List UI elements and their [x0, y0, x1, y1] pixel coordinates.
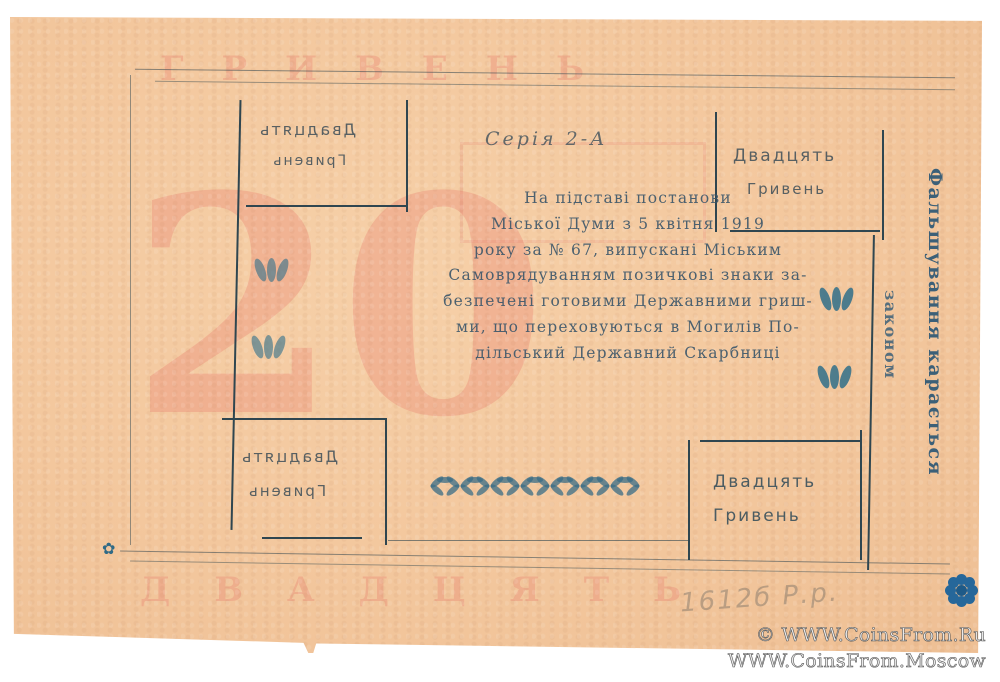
body-line: Самоврядуванням позичкові знаки за-: [418, 263, 838, 289]
wheat-ornament-icon: [818, 365, 851, 394]
bottom-right-denomination-line1: Двадцять: [713, 472, 816, 492]
garland-ornament-icon: [432, 470, 638, 492]
body-line: року за № 67, випускані Міським: [418, 238, 838, 264]
bottom-right-box-top: [700, 440, 860, 442]
bottom-mid-line: [388, 540, 688, 541]
top-left-denomination-line1: Двадцять: [258, 120, 356, 139]
bottom-right-box-right: [860, 430, 862, 560]
bleed-bottom-row: ДВАДЦЯТЬ: [140, 570, 725, 610]
top-left-box-bottom: [246, 205, 406, 207]
watermark-line1: © WWW.CoinsFrom.Ru: [728, 622, 986, 648]
bottom-left-denomination: Двадцять Гривень: [240, 447, 338, 500]
bottom-left-box-bottom: [262, 537, 362, 539]
body-line: дільський Державний Скарбниці: [418, 341, 838, 367]
series-label: Серія 2-А: [485, 128, 608, 150]
bottom-right-box-left: [688, 440, 690, 560]
wheat-ornament-icon: [255, 258, 288, 287]
body-line: На підставі постанови: [418, 186, 838, 212]
top-left-denomination-line2: Гривень: [258, 153, 356, 169]
garland-sprig-icon: [432, 470, 458, 492]
garland-sprig-icon: [552, 470, 578, 492]
watermark: © WWW.CoinsFrom.Ru WWW.CoinsFrom.Moscow: [728, 622, 986, 674]
body-text: На підставі постанови Міської Думи з 5 к…: [418, 186, 838, 367]
side-warning-text-2: законом: [881, 290, 900, 380]
watermark-line2: WWW.CoinsFrom.Moscow: [728, 648, 986, 674]
top-right-denomination-line1: Двадцять: [733, 146, 836, 166]
wheat-ornament-icon: [820, 287, 853, 316]
bottom-right-denomination-line2: Гривень: [713, 506, 816, 526]
garland-sprig-icon: [492, 470, 518, 492]
text-block-bottom: [222, 418, 387, 420]
side-warning-text: Фальшування карається: [924, 168, 946, 476]
bottom-left-box-right: [385, 420, 387, 545]
bottom-right-denomination: Двадцять Гривень: [713, 472, 816, 526]
body-line: ми, що переховуються в Могилів По-: [418, 315, 838, 341]
garland-sprig-icon: [612, 470, 638, 492]
garland-sprig-icon: [462, 470, 488, 492]
body-line: Міської Думи з 5 квітня 1919: [418, 212, 838, 238]
flower-stamp-icon: [944, 573, 978, 607]
garland-sprig-icon: [582, 470, 608, 492]
bottom-left-denomination-line2: Гривень: [240, 482, 338, 500]
top-left-denomination: Двадцять Гривень: [258, 120, 356, 169]
top-right-box-right: [882, 130, 884, 240]
frame-left-line: [130, 75, 131, 545]
small-flower-icon: ✿: [102, 538, 115, 560]
garland-sprig-icon: [522, 470, 548, 492]
bottom-left-denomination-line1: Двадцять: [240, 447, 338, 466]
top-left-box-right: [406, 100, 408, 212]
wheat-ornament-icon: [252, 335, 285, 364]
body-line: безпечені готовими Державними гриш-: [418, 289, 838, 315]
